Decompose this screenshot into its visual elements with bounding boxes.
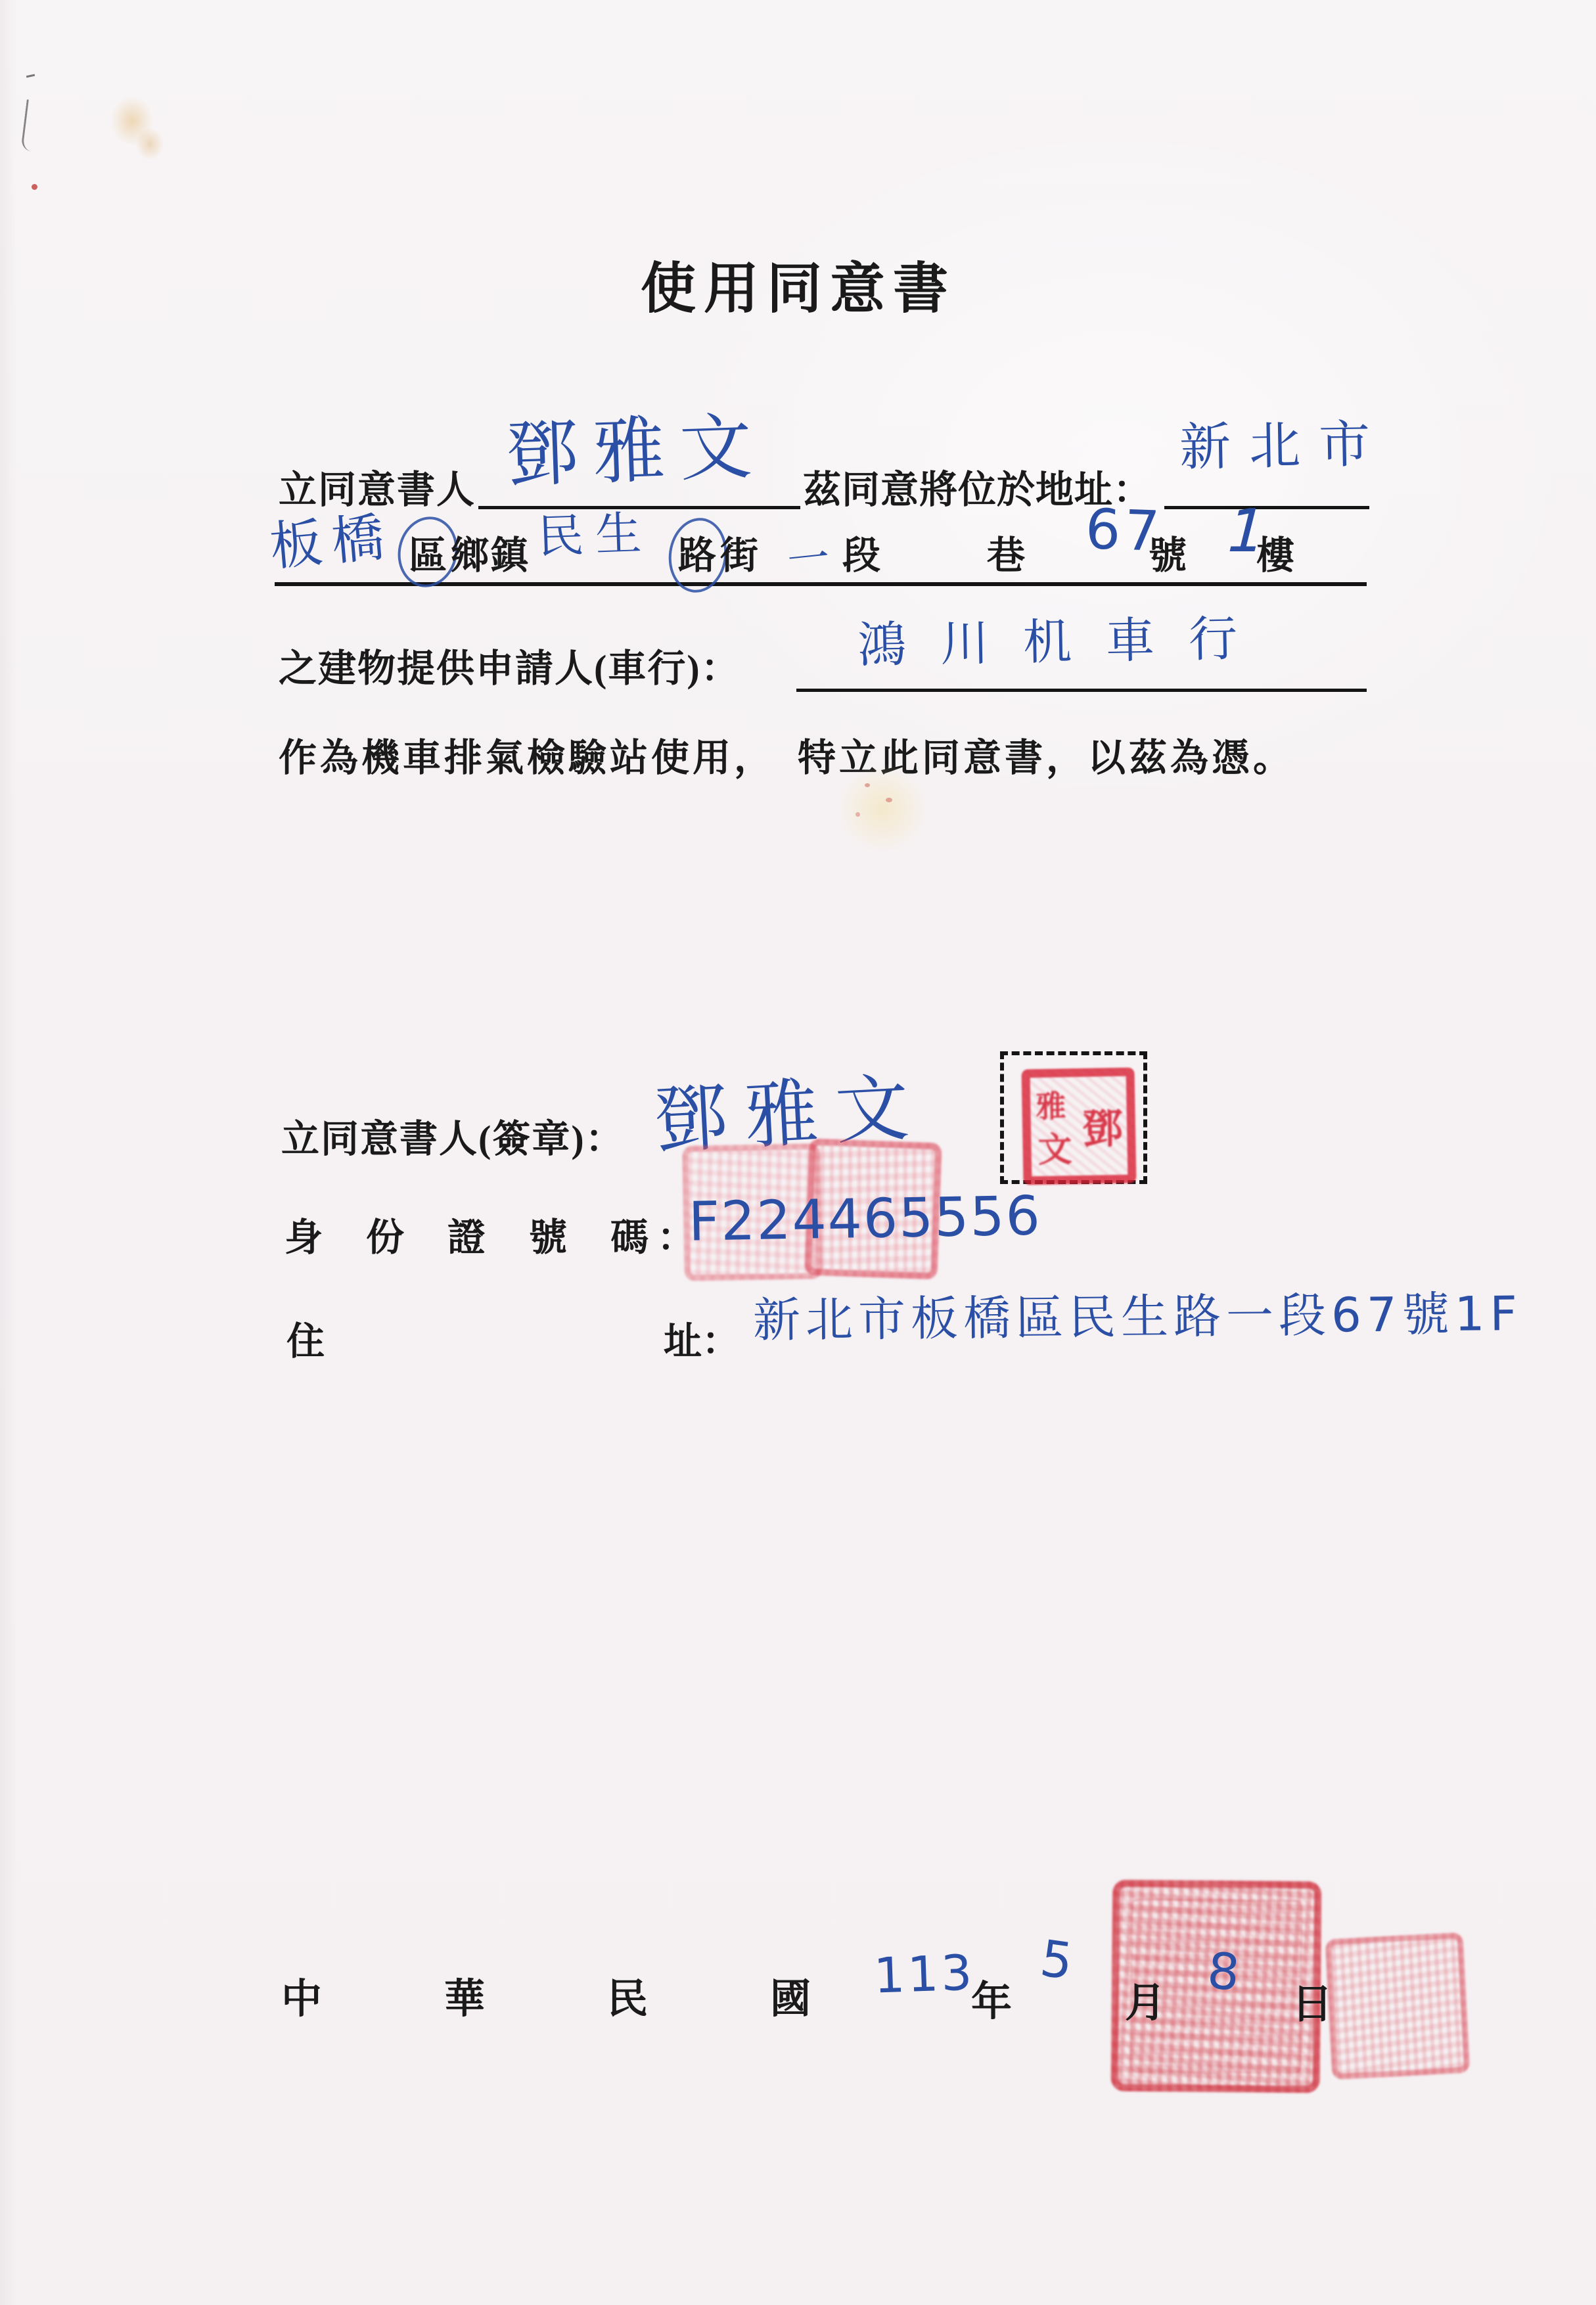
line2-label-number: 號	[1149, 524, 1187, 580]
line3-label: 之建物提供申請人(車行)：	[279, 637, 741, 693]
handwritten-id-number: F224465556	[688, 1185, 1041, 1253]
line1-handwritten-name: 鄧雅文	[504, 388, 767, 501]
name-seal-char-left-bottom: 文	[1037, 1122, 1072, 1172]
line2-handwritten-district: 板橋	[266, 494, 396, 580]
address-label-right: 址：	[664, 1310, 740, 1365]
stain-speck-2	[886, 798, 892, 802]
handwritten-day: 8	[1205, 1941, 1242, 2002]
line2-option-district-rest: 鄉鎮	[451, 524, 530, 580]
handwritten-address: 新北市板橋區民生路一段67號1F	[753, 1275, 1523, 1350]
name-seal-char-right: 鄧	[1082, 1096, 1124, 1155]
stain-top-left-1	[110, 96, 154, 146]
line2-option-road-rest: 街	[720, 524, 758, 580]
name-seal-char-left-top: 雅	[1036, 1082, 1066, 1126]
handwritten-month: 5	[1037, 1928, 1076, 1991]
line2-label-floor: 樓	[1256, 524, 1294, 580]
date-month-label: 月	[1125, 1970, 1166, 2028]
stain-speck-3	[855, 812, 860, 817]
line2-handwritten-section: 一	[784, 524, 832, 588]
line2-option-road: 路	[678, 524, 716, 580]
id-number-label: 身份證號碼	[285, 1206, 692, 1262]
line3-handwritten-shop-name: 鴻川机車行	[857, 600, 1272, 677]
pen-dash-mark	[26, 74, 35, 78]
shop-seal-small	[1325, 1932, 1471, 2080]
line4-statement: 作為機車排氣檢驗站使用， 特立此同意書，以茲為憑。	[279, 727, 1294, 782]
line2-label-section: 段	[842, 524, 880, 580]
page-title: 使用同意書	[641, 244, 956, 324]
red-speck	[32, 184, 37, 190]
handwritten-year: 113	[873, 1944, 976, 2004]
address-label-left: 住	[286, 1310, 325, 1365]
line1-handwritten-city: 新北市	[1179, 403, 1389, 480]
scanned-consent-form: 使用同意書 立同意書人 鄧雅文 茲同意將位於地址： 新北市 板橋 區 鄉鎮 民生…	[0, 0, 1596, 2305]
line2-option-district: 區	[409, 524, 447, 580]
signature-label: 立同意書人(簽章)：	[281, 1108, 625, 1163]
date-day-label: 日	[1292, 1971, 1333, 2030]
date-year-label: 年	[971, 1969, 1012, 2027]
stain-speck-1	[865, 783, 870, 787]
pen-scratch-mark	[20, 99, 37, 151]
date-era-label: 中華民國	[281, 1966, 933, 2024]
line2-handwritten-road-name: 民生	[536, 496, 654, 566]
name-seal-stamp: 鄧 雅 文	[1021, 1068, 1136, 1185]
line3-underline	[796, 689, 1367, 692]
line2-label-lane: 巷	[987, 524, 1025, 580]
stain-top-left-2	[135, 127, 164, 160]
